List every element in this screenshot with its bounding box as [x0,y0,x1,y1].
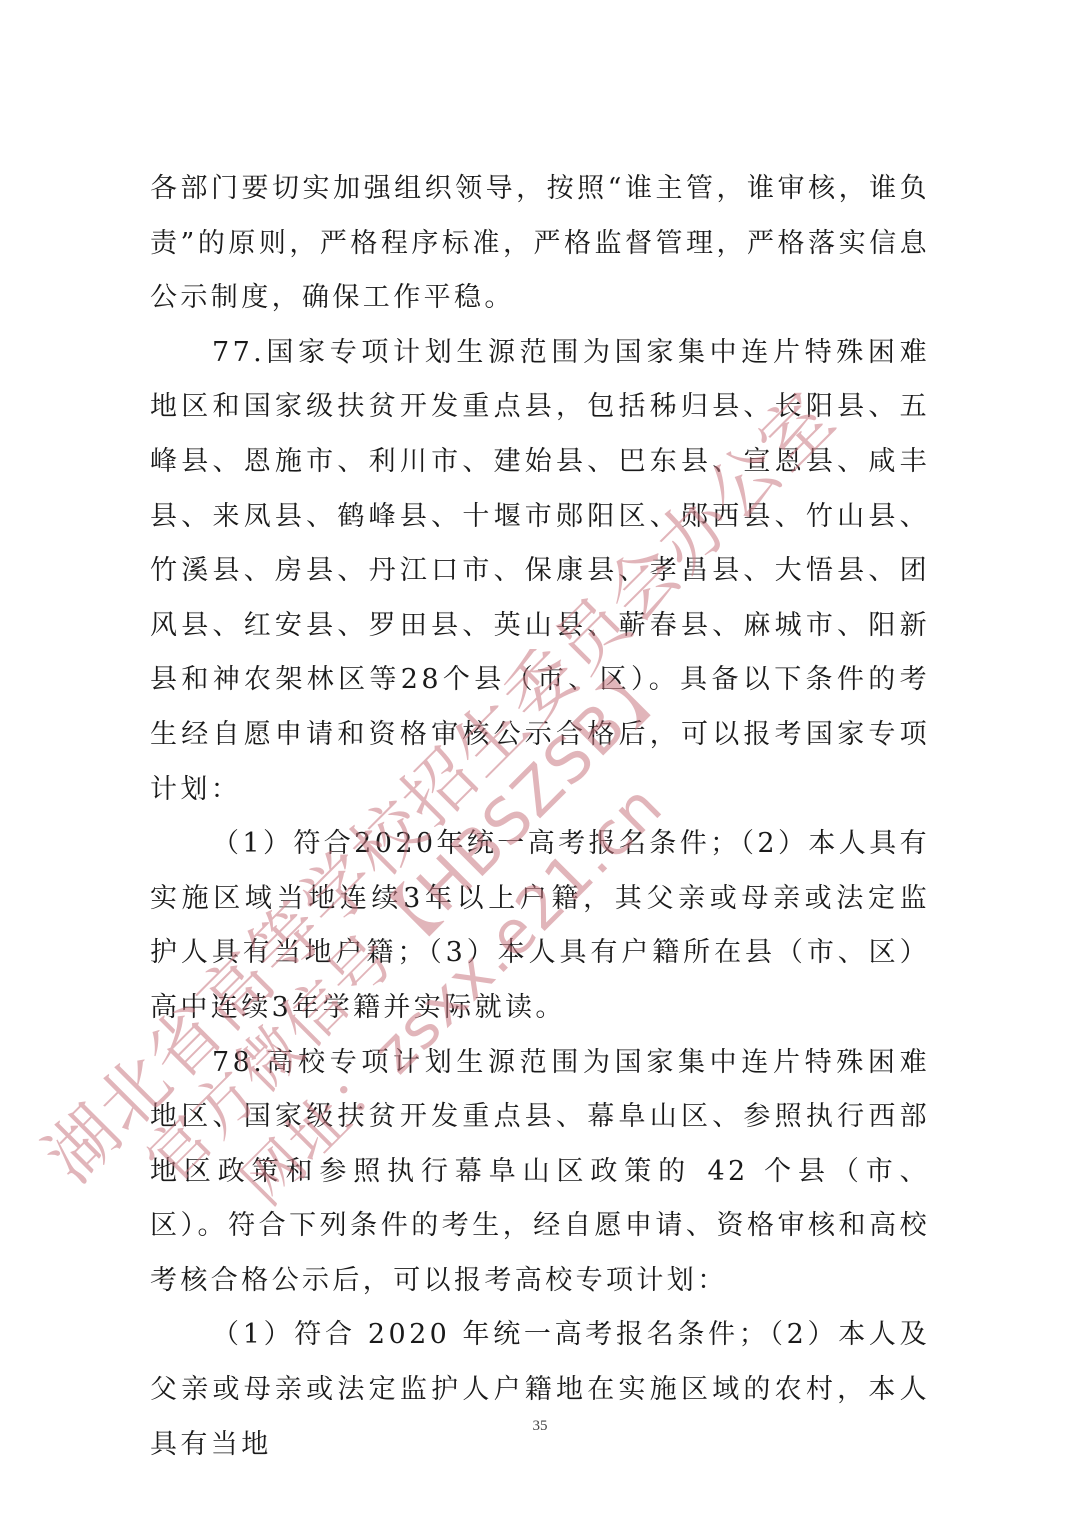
page-number: 35 [0,1418,1080,1435]
document-body: 各部门要切实加强组织领导，按照“谁主管，谁审核，谁负责”的原则，严格程序标准，严… [150,162,930,1472]
paragraph-77-conditions: （1）符合2020年统一高考报名条件；（2）本人具有实施区域当地连续3年以上户籍… [150,817,930,1035]
paragraph-continuation: 各部门要切实加强组织领导，按照“谁主管，谁审核，谁负责”的原则，严格程序标准，严… [150,162,930,326]
paragraph-78-conditions: （1）符合 2020 年统一高考报名条件；（2）本人及父亲或母亲或法定监护人户籍… [150,1308,930,1472]
paragraph-article-77: 77.国家专项计划生源范围为国家集中连片特殊困难地区和国家级扶贫开发重点县，包括… [150,326,930,817]
paragraph-article-78: 78.高校专项计划生源范围为国家集中连片特殊困难地区、国家级扶贫开发重点县、幕阜… [150,1036,930,1309]
document-page: 各部门要切实加强组织领导，按照“谁主管，谁审核，谁负责”的原则，严格程序标准，严… [0,0,1080,1527]
